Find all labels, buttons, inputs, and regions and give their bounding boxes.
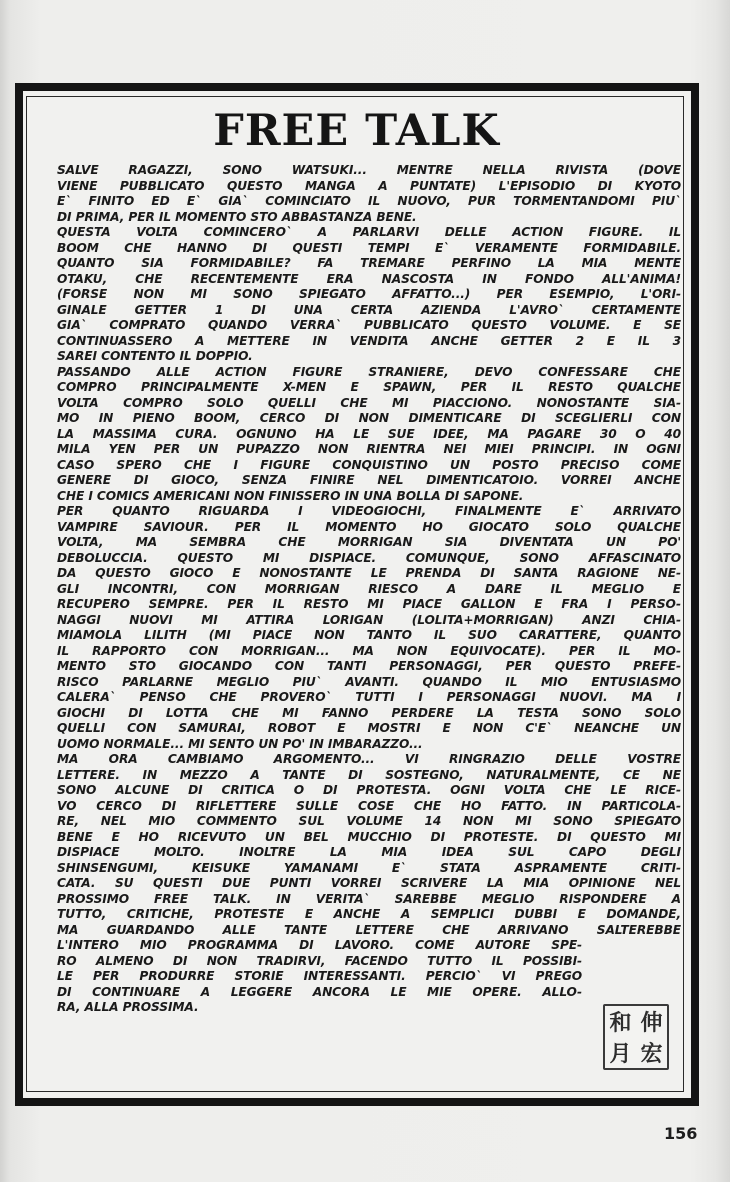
body-line: LE PER PRODURRE STORIE INTERESSANTI. PER… [57, 969, 582, 985]
body-line: SHINSENGUMI, KEISUKE YAMANAMI E` STATA A… [57, 861, 681, 877]
author-seal-stamp-icon: 和 伸 月 宏 [603, 1004, 669, 1070]
body-line: SALVE RAGAZZI, SONO WATSUKI... MENTRE NE… [57, 163, 681, 179]
body-line: BOOM CHE HANNO DI QUESTI TEMPI E` VERAME… [57, 241, 681, 257]
body-line: SONO ALCUNE DI CRITICA O DI PROTESTA. OG… [57, 783, 681, 799]
body-line: GLI INCONTRI, CON MORRIGAN RIESCO A DARE… [57, 582, 681, 598]
body-line: IL RAPPORTO CON MORRIGAN... MA NON EQUIV… [57, 644, 681, 660]
free-talk-body: SALVE RAGAZZI, SONO WATSUKI... MENTRE NE… [57, 163, 681, 1016]
body-line: RE, NEL MIO COMMENTO SUL VOLUME 14 NON M… [57, 814, 681, 830]
body-line: E` FINITO ED E` GIA` COMINCIATO IL NUOVO… [57, 194, 681, 210]
body-line: MENTO STO GIOCANDO CON TANTI PERSONAGGI,… [57, 659, 681, 675]
body-line: PASSANDO ALLE ACTION FIGURE STRANIERE, D… [57, 365, 681, 381]
body-line: GENERE DI GIOCO, SENZA FINIRE NEL DIMENT… [57, 473, 681, 489]
body-line: L'INTERO MIO PROGRAMMA DI LAVORO. COME A… [57, 938, 582, 954]
page-title: FREE TALK [0, 106, 713, 156]
body-line: MIAMOLA LILITH (MI PIACE NON TANTO IL SU… [57, 628, 681, 644]
body-line: QUESTA VOLTA COMINCERO` A PARLARVI DELLE… [57, 225, 681, 241]
body-line: CONTINUASSERO A METTERE IN VENDITA ANCHE… [57, 334, 681, 350]
body-line: PER QUANTO RIGUARDA I VIDEOGIOCHI, FINAL… [57, 504, 681, 520]
body-line: MO IN PIENO BOOM, CERCO DI NON DIMENTICA… [57, 411, 681, 427]
seal-char: 伸 [640, 1006, 662, 1037]
body-line: DISPIACE MOLTO. INOLTRE LA MIA IDEA SUL … [57, 845, 681, 861]
body-line: VAMPIRE SAVIOUR. PER IL MOMENTO HO GIOCA… [57, 520, 681, 536]
body-line: RO ALMENO DI NON TRADIRVI, FACENDO TUTTO… [57, 954, 582, 970]
page-number: 156 [664, 1124, 697, 1143]
body-line: DI CONTINUARE A LEGGERE ANCORA LE MIE OP… [57, 985, 582, 1001]
body-line: VOLTA COMPRO SOLO QUELLI CHE MI PIACCION… [57, 396, 681, 412]
body-line: VIENE PUBBLICATO QUESTO MANGA A PUNTATE)… [57, 179, 681, 195]
body-line: LA MASSIMA CURA. OGNUNO HA LE SUE IDEE, … [57, 427, 681, 443]
body-line: MA GUARDANDO ALLE TANTE LETTERE CHE ARRI… [57, 923, 681, 939]
body-line: OTAKU, CHE RECENTEMENTE ERA NASCOSTA IN … [57, 272, 681, 288]
body-line: LETTERE. IN MEZZO A TANTE DI SOSTEGNO, N… [57, 768, 681, 784]
body-line: TUTTO, CRITICHE, PROTESTE E ANCHE A SEMP… [57, 907, 681, 923]
body-line: GIOCHI DI LOTTA CHE MI FANNO PERDERE LA … [57, 706, 681, 722]
body-line: RISCO PARLARNE MEGLIO PIU` AVANTI. QUAND… [57, 675, 681, 691]
body-line: MA ORA CAMBIAMO ARGOMENTO... VI RINGRAZI… [57, 752, 681, 768]
body-line: CASO SPERO CHE I FIGURE CONQUISTINO UN P… [57, 458, 681, 474]
seal-char: 和 [609, 1006, 631, 1037]
body-line: RA, ALLA PROSSIMA. [57, 1000, 582, 1016]
body-line: DEBOLUCCIA. QUESTO MI DISPIACE. COMUNQUE… [57, 551, 681, 567]
body-line: CALERA` PENSO CHE PROVERO` TUTTI I PERSO… [57, 690, 681, 706]
body-line: QUANTO SIA FORMIDABILE? FA TREMARE PERFI… [57, 256, 681, 272]
body-line: GIA` COMPRATO QUANDO VERRA` PUBBLICATO Q… [57, 318, 681, 334]
body-line: CATA. SU QUESTI DUE PUNTI VORREI SCRIVER… [57, 876, 681, 892]
body-line: PROSSIMO FREE TALK. IN VERITA` SAREBBE M… [57, 892, 681, 908]
body-line: COMPRO PRINCIPALMENTE X-MEN E SPAWN, PER… [57, 380, 681, 396]
body-line: SAREI CONTENTO IL DOPPIO. [57, 349, 681, 365]
body-line: VO CERCO DI RIFLETTERE SULLE COSE CHE HO… [57, 799, 681, 815]
body-line: (FORSE NON MI SONO SPIEGATO AFFATTO...) … [57, 287, 681, 303]
body-line: BENE E HO RICEVUTO UN BEL MUCCHIO DI PRO… [57, 830, 681, 846]
body-line: NAGGI NUOVI MI ATTIRA LORIGAN (LOLITA+MO… [57, 613, 681, 629]
seal-char: 月 [609, 1037, 631, 1068]
body-line: QUELLI CON SAMURAI, ROBOT E MOSTRI E NON… [57, 721, 681, 737]
body-line: GINALE GETTER 1 DI UNA CERTA AZIENDA L'A… [57, 303, 681, 319]
seal-char: 宏 [640, 1037, 662, 1068]
body-line: DA QUESTO GIOCO E NONOSTANTE LE PRENDA D… [57, 566, 681, 582]
body-line: VOLTA, MA SEMBRA CHE MORRIGAN SIA DIVENT… [57, 535, 681, 551]
body-line: CHE I COMICS AMERICANI NON FINISSERO IN … [57, 489, 681, 505]
body-line: RECUPERO SEMPRE. PER IL RESTO MI PIACE G… [57, 597, 681, 613]
body-line: MILA YEN PER UN PUPAZZO NON RIENTRA NEI … [57, 442, 681, 458]
body-line: DI PRIMA, PER IL MOMENTO STO ABBASTANZA … [57, 210, 681, 226]
body-line: UOMO NORMALE... MI SENTO UN PO' IN IMBAR… [57, 737, 681, 753]
